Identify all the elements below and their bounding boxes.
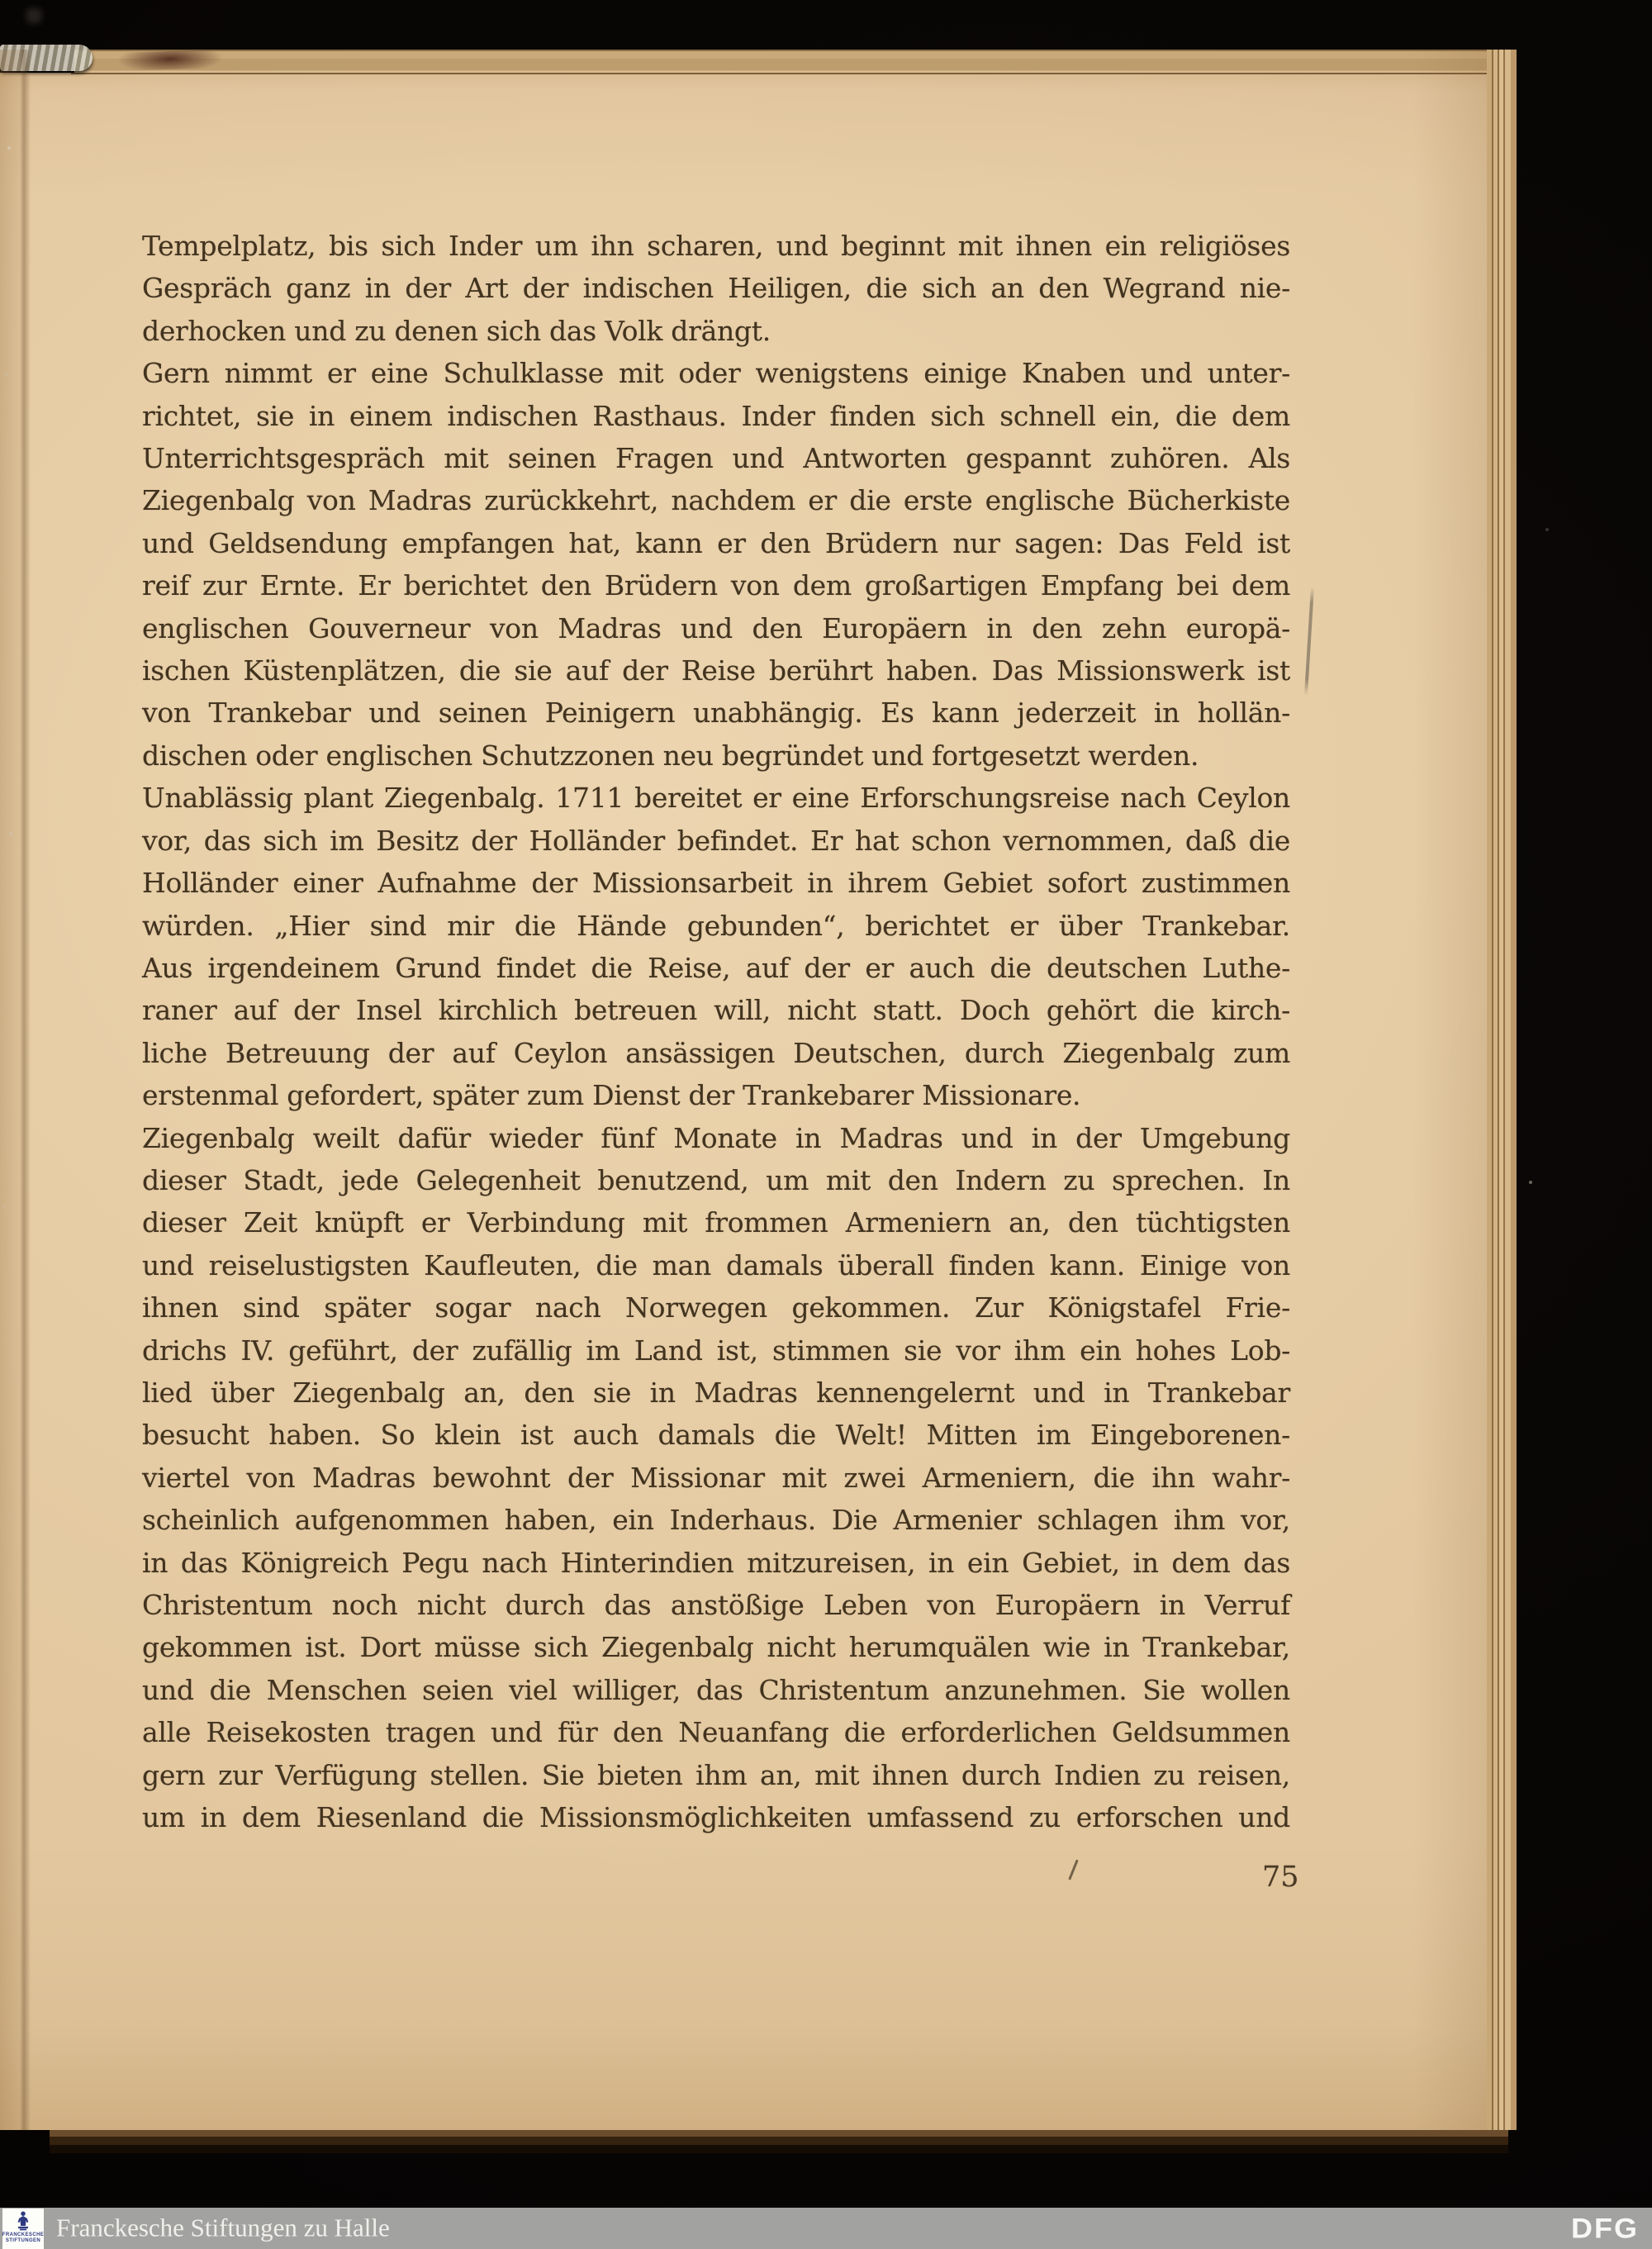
- text-line: dischen oder englischen Schutzzonen neu …: [142, 735, 1290, 777]
- text-line: liche Betreuung der auf Ceylon ansässige…: [142, 1032, 1290, 1074]
- page-left-fold: [0, 50, 59, 2130]
- text-line: drichs IV. geführt, der zufällig im Land…: [142, 1329, 1290, 1372]
- text-line: Aus irgendeinem Grund findet die Reise, …: [142, 947, 1290, 989]
- text-line: vor, das sich im Besitz der Holländer be…: [142, 820, 1290, 862]
- text-line: würden. „Hier sind mir die Hände gebunde…: [142, 905, 1290, 947]
- text-line: richtet, sie in einem indischen Rasthaus…: [142, 395, 1290, 437]
- text-line: gern zur Verfügung stellen. Sie bieten i…: [142, 1754, 1290, 1796]
- logo-text-line2: STIFTUNGEN: [6, 2238, 40, 2244]
- text-line: englischen Gouverneur von Madras und den…: [142, 607, 1290, 649]
- text-line: ischen Küstenplätzen, die sie auf der Re…: [142, 649, 1290, 692]
- page-number: 75: [1262, 1861, 1299, 1894]
- text-line: Gespräch ganz in der Art der indischen H…: [142, 267, 1290, 309]
- margin-pencil-mark: [1304, 587, 1314, 696]
- text-line: in das Königreich Pegu nach Hinterindien…: [142, 1542, 1290, 1584]
- text-line: ihnen sind später sogar nach Norwegen ge…: [142, 1286, 1290, 1329]
- page-text: Tempelplatz, bis sich Inder um ihn schar…: [142, 225, 1290, 1838]
- text-line: und die Menschen seien viel williger, da…: [142, 1669, 1290, 1711]
- text-line: Unterrichtsgespräch mit seinen Fragen un…: [142, 437, 1290, 479]
- text-line: viertel von Madras bewohnt der Missionar…: [142, 1457, 1290, 1499]
- text-line: Holländer einer Aufnahme der Missionsarb…: [142, 862, 1290, 904]
- footer-bar: FRANCKESCHE STIFTUNGEN Franckesche Stift…: [0, 2208, 1652, 2249]
- small-pencil-slash: [1068, 1859, 1079, 1880]
- franckesche-logo: FRANCKESCHE STIFTUNGEN: [2, 2209, 44, 2249]
- text-line: gekommen ist. Dort müsse sich Ziegenbalg…: [142, 1626, 1290, 1668]
- page-stack-edge: [1487, 50, 1517, 2130]
- text-line: und reiselustigsten Kaufleuten, die man …: [142, 1244, 1290, 1286]
- text-line: besucht haben. So klein ist auch damals …: [142, 1414, 1290, 1456]
- book-page: Tempelplatz, bis sich Inder um ihn schar…: [0, 50, 1517, 2130]
- dust-specks: [0, 0, 2, 2]
- text-line: Ziegenbalg von Madras zurückkehrt, nachd…: [142, 479, 1290, 521]
- text-line: Tempelplatz, bis sich Inder um ihn schar…: [142, 225, 1290, 267]
- page-bottom-edge: [50, 2130, 1508, 2153]
- scan-background: Tempelplatz, bis sich Inder um ihn schar…: [0, 0, 1652, 2249]
- page-right-shading: [1412, 50, 1487, 2130]
- logo-text-line1: FRANCKESCHE: [2, 2232, 44, 2238]
- text-line: erstenmal gefordert, später zum Dienst d…: [142, 1074, 1290, 1116]
- text-line: Christentum noch nicht durch das anstößi…: [142, 1584, 1290, 1626]
- franckesche-statue-icon: [14, 2210, 32, 2232]
- text-line: alle Reisekosten tragen und für den Neua…: [142, 1711, 1290, 1753]
- text-line: lied über Ziegenbalg an, den sie in Madr…: [142, 1372, 1290, 1414]
- page-top-edge: [71, 50, 1497, 74]
- text-line: scheinlich aufgenommen haben, ein Inderh…: [142, 1499, 1290, 1541]
- binding-stain: [116, 50, 225, 70]
- text-line: dieser Zeit knüpft er Verbindung mit fro…: [142, 1201, 1290, 1243]
- text-line: Unablässig plant Ziegenbalg. 1711 bereit…: [142, 777, 1290, 819]
- dfg-logo: DFG: [1571, 2212, 1639, 2245]
- text-line: von Trankebar und seinen Peinigern unabh…: [142, 692, 1290, 734]
- text-line: um in dem Riesenland die Missionsmöglich…: [142, 1796, 1290, 1838]
- footer-institution: Franckesche Stiftungen zu Halle: [56, 2213, 390, 2242]
- text-line: Ziegenbalg weilt dafür wieder fünf Monat…: [142, 1117, 1290, 1159]
- text-line: dieser Stadt, jede Gelegenheit benutzend…: [142, 1159, 1290, 1201]
- text-line: reif zur Ernte. Er berichtet den Brüdern…: [142, 564, 1290, 606]
- franckesche-logo-text: FRANCKESCHE STIFTUNGEN: [2, 2232, 44, 2244]
- text-line: Gern nimmt er eine Schulklasse mit oder …: [142, 352, 1290, 394]
- text-line: raner auf der Insel kirchlich betreuen w…: [142, 989, 1290, 1031]
- text-line: und Geldsendung empfangen hat, kann er d…: [142, 522, 1290, 564]
- text-line: derhocken und zu denen sich das Volk drä…: [142, 310, 1290, 352]
